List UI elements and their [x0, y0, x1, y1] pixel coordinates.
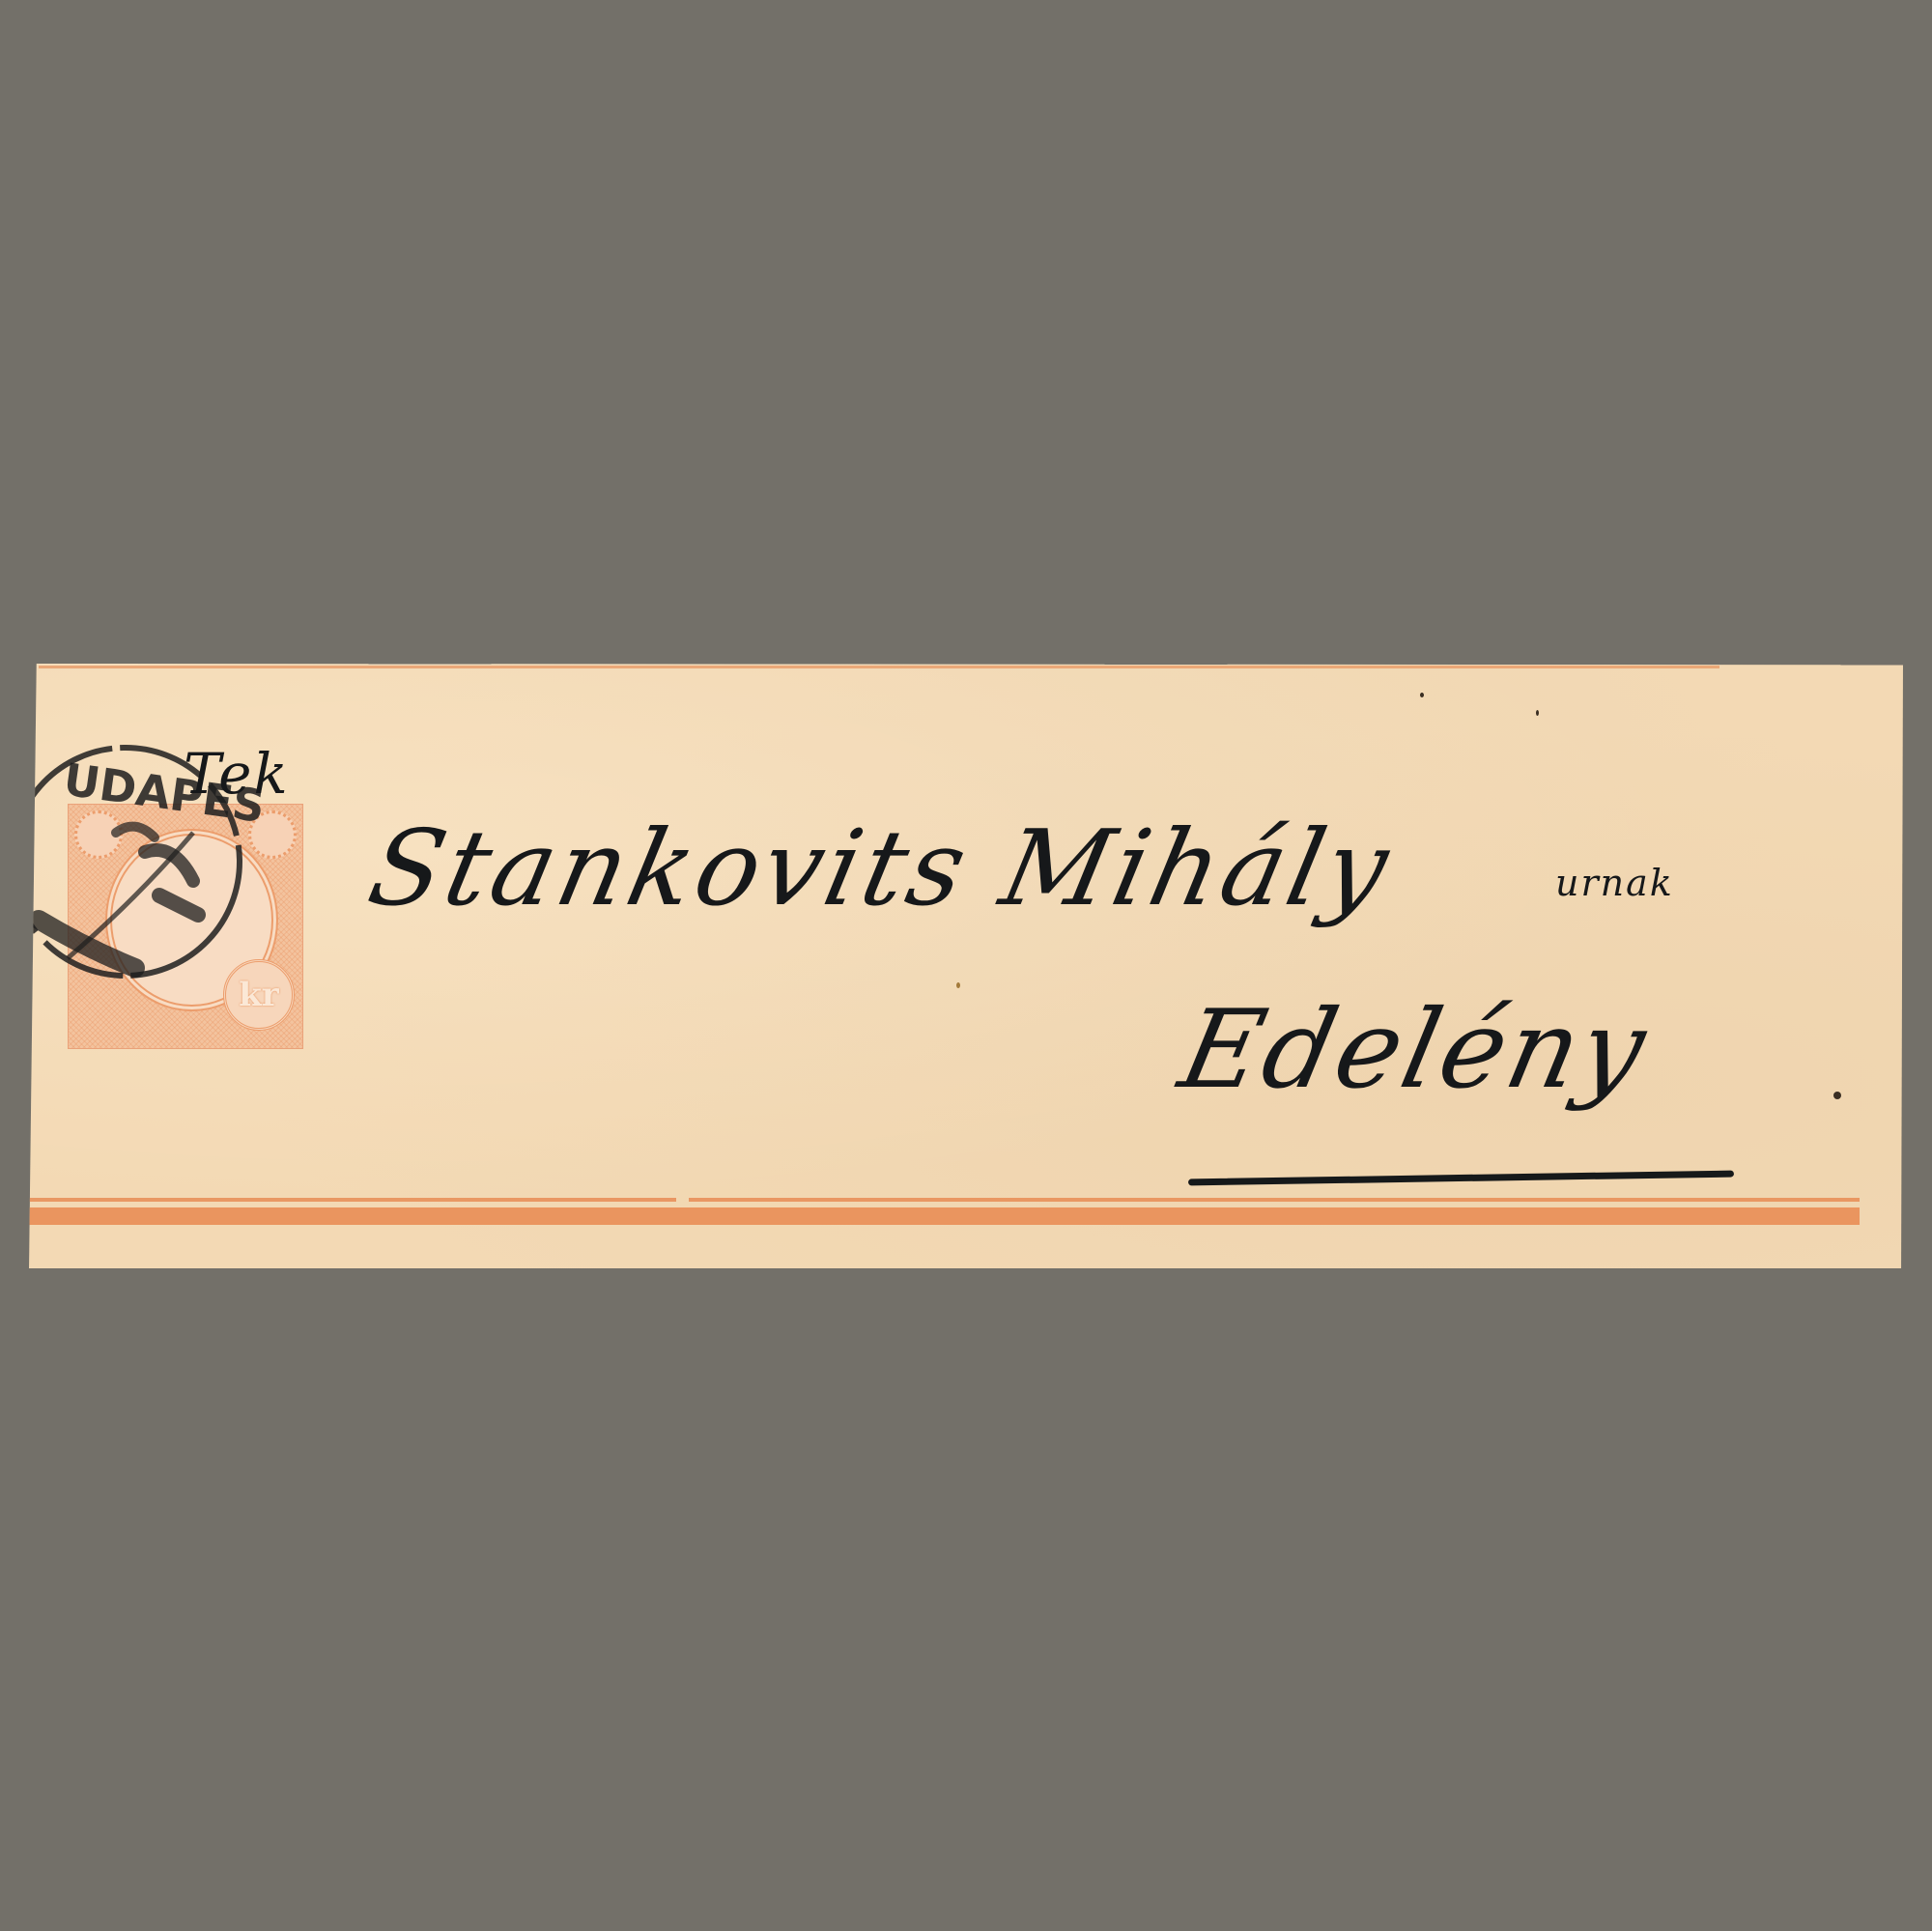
paper-speck	[1420, 693, 1424, 697]
destination-town: Edelény	[1170, 987, 1659, 1113]
paper-speck	[956, 982, 960, 988]
paper-speck	[1833, 1092, 1841, 1099]
recipient-name: Stankovits Mihály	[359, 809, 1403, 929]
top-border-line	[39, 666, 1719, 668]
newspaper-wrapper: kr UDAPES Tek Stankovits Mihály urnak Ed…	[29, 664, 1903, 1268]
bottom-thin-line	[689, 1198, 1860, 1202]
recipient-honorific: urnak	[1555, 862, 1674, 904]
bottom-thin-line	[29, 1198, 676, 1202]
address-prefix: Tek	[184, 741, 290, 807]
bottom-thick-line	[29, 1207, 1860, 1225]
town-underline	[1188, 1171, 1734, 1186]
paper-speck	[1536, 710, 1539, 716]
